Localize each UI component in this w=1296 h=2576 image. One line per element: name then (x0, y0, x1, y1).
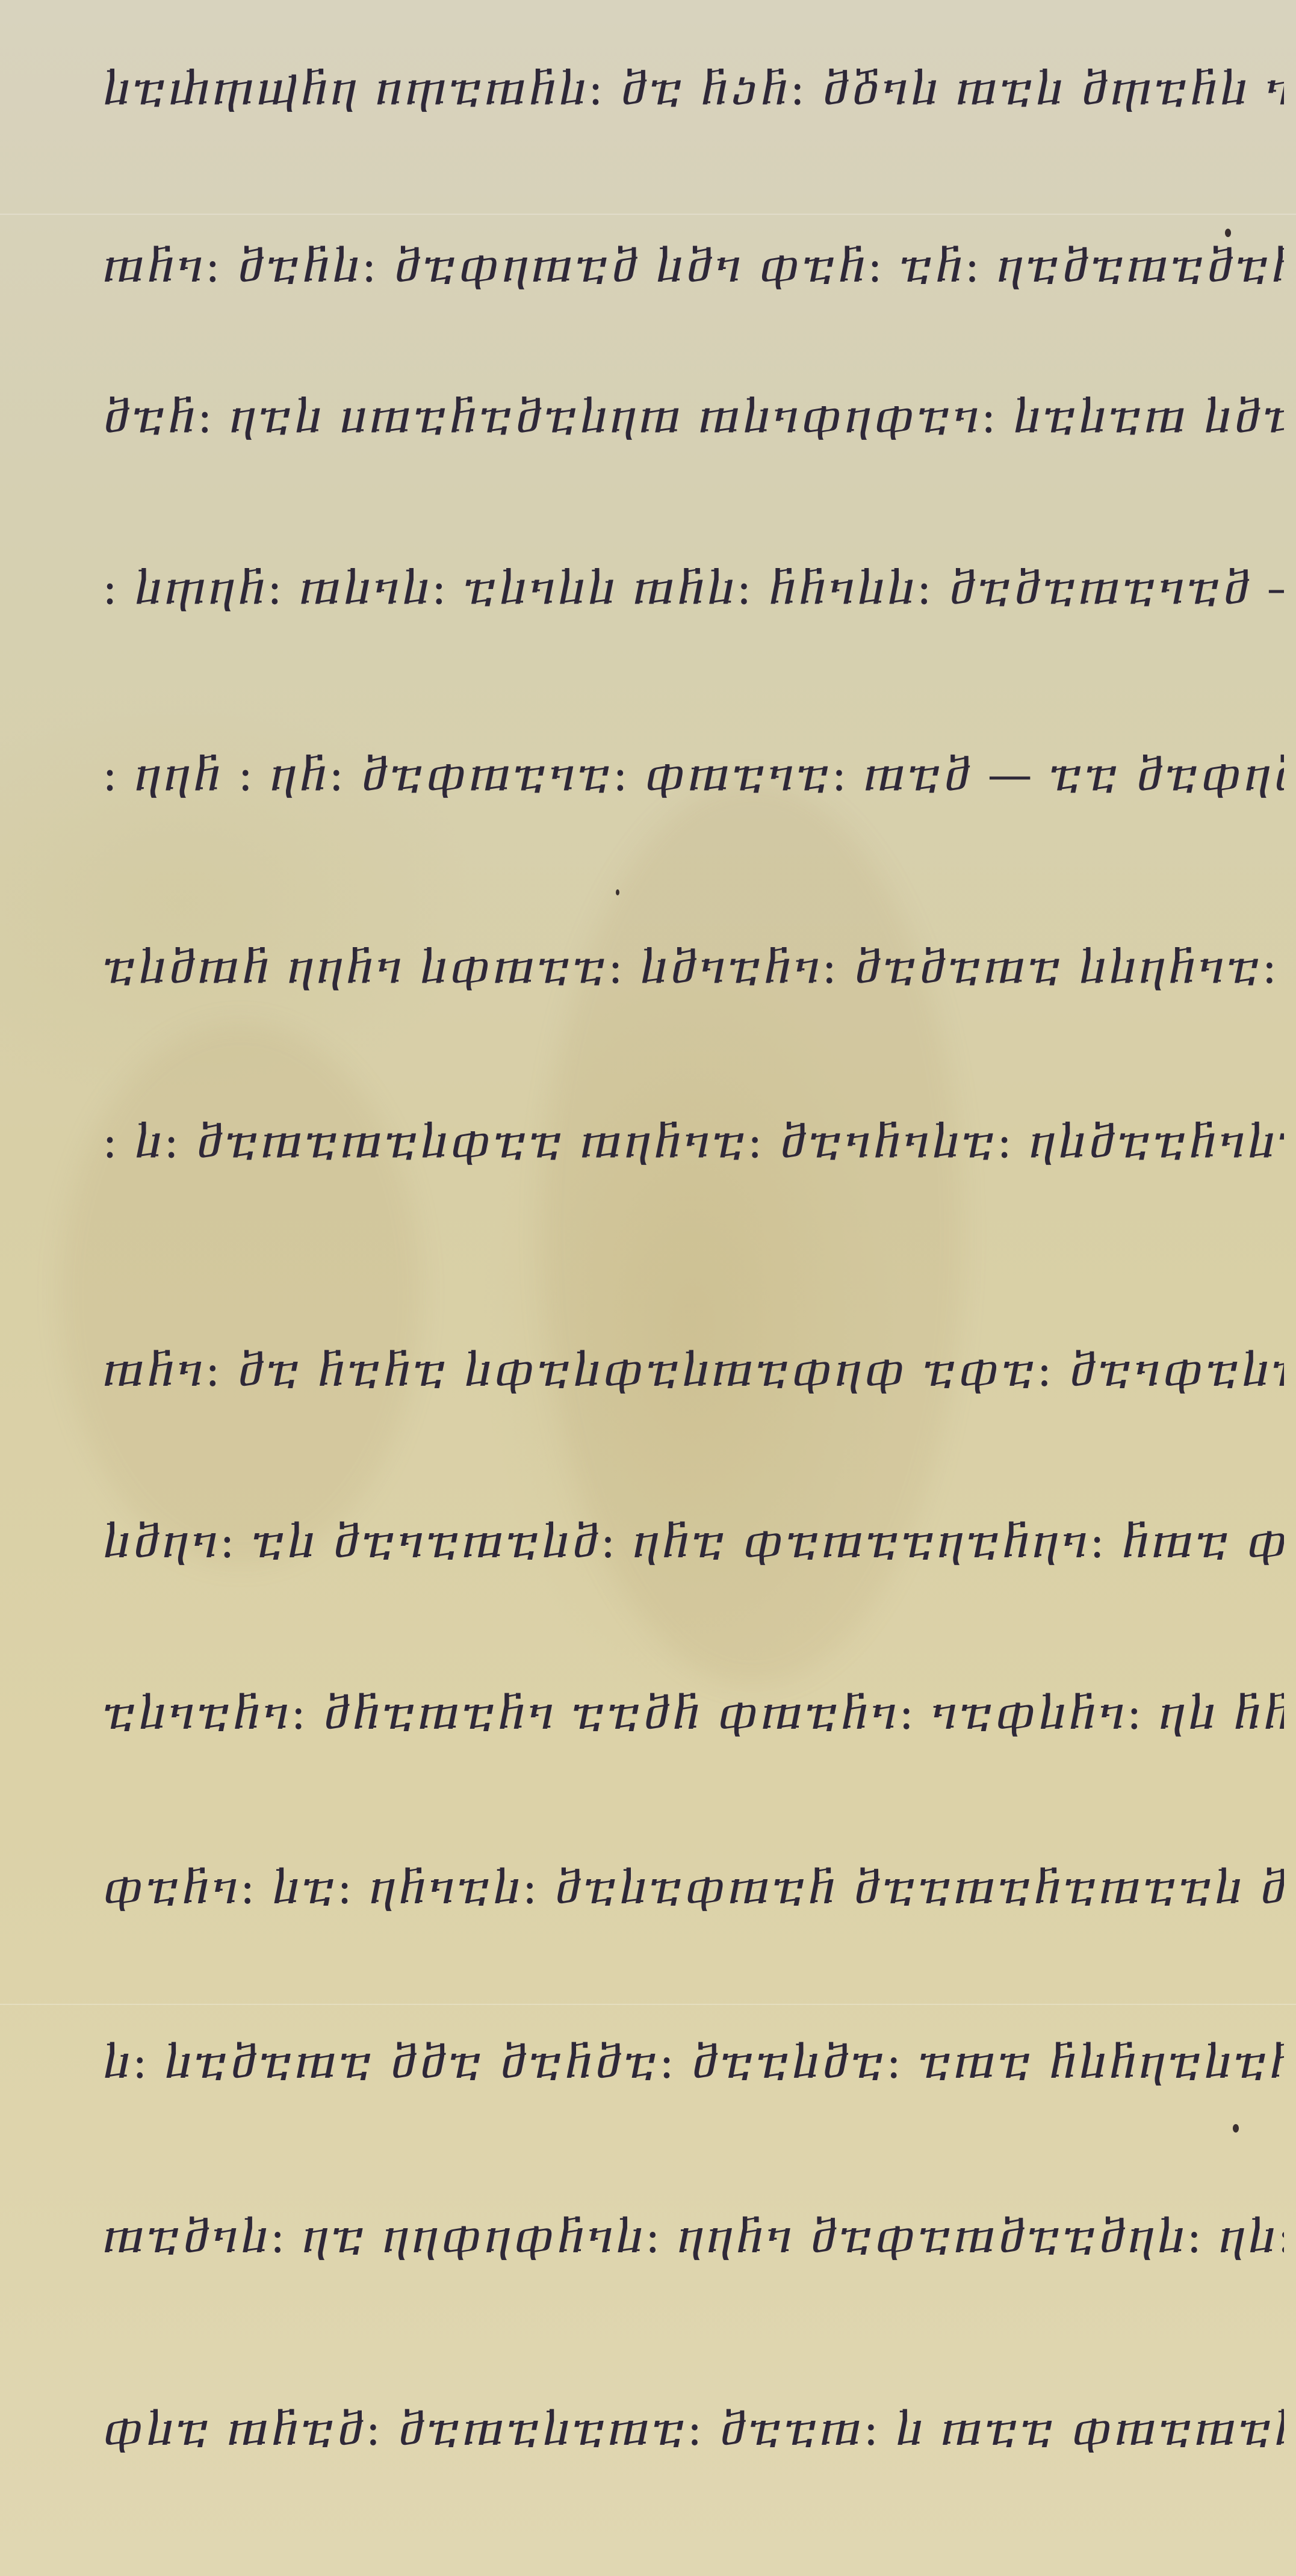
paper-crease (0, 214, 1296, 215)
manuscript-line-8: ⴊⴌⴈ: ⴋⴀ ⴌⴀⴌⴀ ⴑⴔⴀⴑⴔⴀⴑⴊⴀⴔⴄⴔ ⴀⴔⴀ: ⴋⴀⴈⴔⴀⴑⴀ ⴑ… (102, 1347, 1284, 1394)
manuscript-line-2: ⴊⴌⴈ: ⴋⴀⴌⴑ: ⴋⴀⴔⴄⴊⴀⴋ ⴑⴋⴈ ⴔⴀⴌ: ⴀⴌ: ⴄⴀⴋⴀⴊⴀⴋⴀ… (102, 242, 1284, 289)
manuscript-line-4: : ⴑⴅⴄⴌ: ⴊⴑⴈⴑ: ⴀⴑⴈⴑⴑ ⴊⴌⴑ: ⴌⴌⴈⴑⴑ: ⴋⴀⴋⴀⴊⴀⴈⴀ… (102, 564, 1284, 611)
ink-spot (1233, 2124, 1239, 2133)
manuscript-line-12: ⴑ: ⴑⴀⴋⴀⴊⴀ ⴋⴋⴀ ⴋⴀⴌⴋⴀ: ⴋⴀⴀⴑⴋⴀ: ⴀⴊⴀ ⴌⴑⴌⴄⴀⴑⴀ… (102, 2039, 1284, 2086)
manuscript-line-14: ⴔⴑⴀ ⴊⴌⴀⴋ: ⴋⴀⴊⴀⴑⴀⴊⴀ: ⴋⴀⴀⴊ: ⴑ ⴊⴀⴀ ⴔⴊⴀⴊⴀⴑⴋ:… (102, 2406, 1284, 2453)
ink-spot (1225, 229, 1231, 237)
manuscript-line-5: : ⴄⴄⴌ : ⴄⴌ: ⴋⴀⴔⴊⴀⴈⴀ: ⴔⴊⴀⴈⴀ: ⴊⴀⴋ — ⴀⴀ ⴋⴀⴔ… (102, 751, 1284, 798)
manuscript-line-6: ⴀⴑⴋⴊⴌ ⴄⴄⴌⴈ ⴑⴔⴊⴀⴀ: ⴑⴋⴈⴀⴌⴈ: ⴋⴀⴋⴀⴊⴀ ⴑⴑⴄⴌⴈⴀ:… (102, 944, 1284, 990)
ink-spot (616, 889, 619, 895)
manuscript-line-9: ⴑⴋⴄⴈ: ⴀⴑ ⴋⴀⴈⴀⴊⴀⴑⴋ: ⴄⴌⴀ ⴔⴀⴊⴀⴀⴄⴀⴌⴄⴈ: ⴌⴊⴀ ⴔ… (102, 1518, 1284, 1565)
water-stain (60, 1023, 421, 1564)
manuscript-line-7: : ⴑ: ⴋⴀⴊⴀⴊⴀⴑⴔⴀⴀ ⴊⴄⴌⴈⴀ: ⴋⴀⴈⴌⴈⴑⴀ: ⴄⴑⴋⴀⴀⴌⴈⴑ… (102, 1118, 1284, 1165)
manuscript-line-3: ⴋⴀⴌ: ⴄⴀⴑ ⴎⴊⴀⴌⴀⴋⴀⴑⴄⴊ ⴊⴑⴈⴔⴄⴔⴀⴈ: ⴑⴀⴑⴀⴊ ⴑⴋⴀⴈ… (102, 393, 1284, 440)
manuscript-line-11: ⴔⴀⴌⴈ: ⴑⴀ: ⴄⴌⴈⴀⴑ: ⴋⴀⴑⴀⴔⴊⴀⴌ ⴋⴀⴀⴊⴀⴌⴀⴊⴀⴀⴑ ⴋⴀ… (102, 1864, 1284, 1911)
paper-crease (0, 2004, 1296, 2005)
manuscript-line-10: ⴀⴑⴈⴀⴌⴈ: ⴋⴌⴀⴊⴀⴌⴈ ⴀⴀⴋⴌ ⴔⴊⴀⴌⴈ: ⴈⴀⴔⴑⴌⴈ: ⴄⴑ ⴌ… (102, 1690, 1284, 1737)
manuscript-line-1: ⴑⴀⴐⴅⴓⴌⴄ ⴖⴅⴀⴊⴌⴑ: ⴋⴀ ⴌⴢⴌ: ⴋⴃⴈⴑ ⴊⴀⴑ ⴋⴅⴀⴌⴑ ⴈ… (102, 65, 1284, 112)
manuscript-line-13: ⴊⴀⴋⴈⴑ: ⴄⴀ ⴄⴄⴔⴄⴔⴌⴈⴑ: ⴄⴄⴌⴈ ⴋⴀⴔⴀⴊⴋⴀⴀⴋⴄⴑ: ⴄⴑ… (102, 2213, 1284, 2260)
manuscript-page: ⴑⴀⴐⴅⴓⴌⴄ ⴖⴅⴀⴊⴌⴑ: ⴋⴀ ⴌⴢⴌ: ⴋⴃⴈⴑ ⴊⴀⴑ ⴋⴅⴀⴌⴑ ⴈ… (0, 0, 1296, 2576)
